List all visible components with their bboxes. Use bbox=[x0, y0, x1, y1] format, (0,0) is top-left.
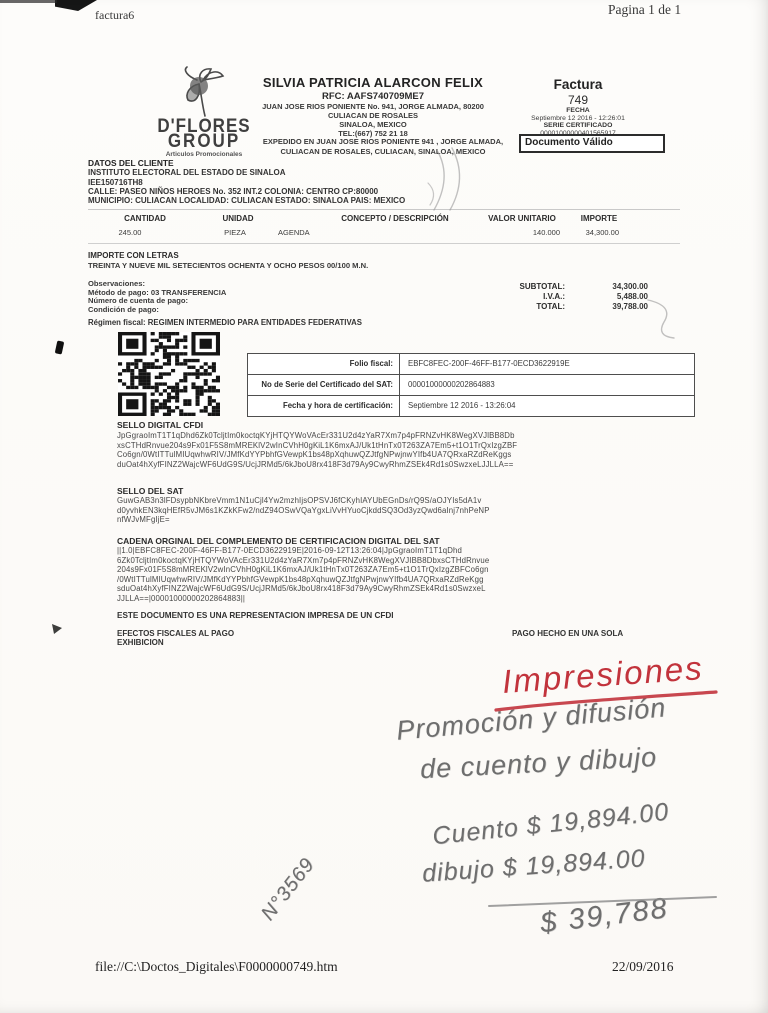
scan-artifact-strip bbox=[0, 0, 57, 3]
amount-words-title: IMPORTE CON LETRAS bbox=[88, 251, 179, 260]
iva-label: I.V.A.: bbox=[450, 292, 565, 302]
sello-sat-line: nfWJvMFgIjE= bbox=[117, 515, 517, 525]
items-header-importe: IMPORTE bbox=[570, 214, 628, 223]
items-header-cantidad: CANTIDAD bbox=[100, 214, 190, 223]
sello-sat-title: SELLO DEL SAT bbox=[117, 486, 183, 496]
sello-cfdi-line: xsCTHdRnvue204s9Fx01F5S8mMREKlV2wInCVhH0… bbox=[117, 441, 517, 451]
folio-fiscal-label: Folio fiscal: bbox=[248, 354, 400, 374]
scan-artifact-mark bbox=[55, 340, 65, 354]
cadena-line: 6Zk0TcljtIm0koctqKYjHTQYWoVAcEr331U2d4zY… bbox=[117, 556, 517, 566]
totals-labels: SUBTOTAL: I.V.A.: TOTAL: bbox=[450, 282, 565, 312]
sello-sat-text: GuwGAB3n3lFDsypbNKbreVmm1N1uCjl4Yw2mzhIj… bbox=[117, 496, 517, 525]
items-table-rule bbox=[88, 243, 680, 244]
sello-cfdi-line: duOat4hXyfFINZ2WajcWF6UdG9S/UcjJRMd5/6kJ… bbox=[117, 460, 517, 470]
pago-hecho-note: PAGO HECHO EN UNA SOLA bbox=[512, 629, 623, 638]
item-cantidad: 245.00 bbox=[100, 228, 160, 237]
cadena-line: /0WtITTulMIUqwhwRIV/JMfKdYYPbhfGVewpK1bs… bbox=[117, 575, 517, 585]
invoice-number: 749 bbox=[503, 93, 653, 107]
documento-valido-label: Documento Válido bbox=[521, 136, 663, 148]
sello-cfdi-line: Co6gn/0WtITTulMIUqwhwRIV/JMfKdYYPbhfGVew… bbox=[117, 450, 517, 460]
expedido-line: CULIACAN DE ROSALES, CULIACAN, SINALOA, … bbox=[218, 147, 548, 157]
client-address: CALLE: PASEO NIÑOS HEROES No. 352 INT.2 … bbox=[88, 187, 558, 196]
handwritten-amount: dibujo $ 19,894.00 bbox=[421, 844, 646, 889]
cadena-line: ||1.0|EBFC8FEC-200F-46FF-B177-0ECD362291… bbox=[117, 546, 517, 556]
handwritten-note-line: de cuento y dibujo bbox=[419, 742, 657, 785]
cadena-line: 204s9Fx01F5S8mMREKlV2wInCVhH0gKiL1K6mxAJ… bbox=[117, 565, 517, 575]
subtotal-label: SUBTOTAL: bbox=[450, 282, 565, 292]
invoice-date: Septiembre 12 2016 - 12:26:01 bbox=[503, 115, 653, 123]
issuer-rfc: RFC: AAFS740709ME7 bbox=[208, 91, 538, 102]
totals-values: 34,300.00 5,488.00 39,788.00 bbox=[568, 282, 648, 312]
efectos-fiscales-line: EFECTOS FISCALES AL PAGO bbox=[117, 629, 234, 638]
folio-fiscal-value: EBFC8FEC-200F-46FF-B177-0ECD3622919E bbox=[400, 354, 694, 374]
sello-cfdi-text: JpGgraoImT1T1qDhd6Zk0TcljtIm0koctqKYjHTQ… bbox=[117, 431, 517, 469]
subtotal-value: 34,300.00 bbox=[568, 282, 648, 292]
footer-file-path: file://C:\Doctos_Digitales\F0000000749.h… bbox=[95, 959, 338, 975]
sello-sat-line: d0yvhkEN3kqHEfR5vJM6s1KZkKFw2/ndZ94OSwVQ… bbox=[117, 506, 517, 516]
handwritten-note-line: Promoción y difusión bbox=[395, 692, 667, 746]
cadena-text: ||1.0|EBFC8FEC-200F-46FF-B177-0ECD362291… bbox=[117, 546, 517, 604]
handwritten-title: Impresiones bbox=[501, 649, 705, 701]
issuer-block: SILVIA PATRICIA ALARCON FELIX RFC: AAFS7… bbox=[208, 75, 538, 138]
footer-date: 22/09/2016 bbox=[612, 959, 674, 975]
scan-artifact-mark bbox=[52, 624, 62, 634]
fecha-certificacion-label: Fecha y hora de certificación: bbox=[248, 396, 400, 416]
sello-cfdi-line: JpGgraoImT1T1qDhd6Zk0TcljtIm0koctqKYjHTQ… bbox=[117, 431, 517, 441]
scan-artifact-wedge bbox=[55, 0, 97, 11]
total-label: TOTAL: bbox=[450, 302, 565, 312]
handwritten-amount: Cuento $ 19,894.00 bbox=[431, 798, 670, 852]
items-header-concepto: CONCEPTO / DESCRIPCIÓN bbox=[300, 214, 490, 223]
cfdi-representation-note: ESTE DOCUMENTO ES UNA REPRESENTACION IMP… bbox=[117, 611, 394, 620]
client-rfc: IEE150716TH8 bbox=[88, 178, 558, 187]
regimen-fiscal: Régimen fiscal: REGIMEN INTERMEDIO PARA … bbox=[88, 318, 362, 327]
amount-words-text: TREINTA Y NUEVE MIL SETECIENTOS OCHENTA … bbox=[88, 261, 368, 270]
issuer-address-line: CULIACAN DE ROSALES bbox=[208, 111, 538, 120]
condicion-pago: Condición de pago: bbox=[88, 306, 226, 315]
items-header-unidad: UNIDAD bbox=[198, 214, 278, 223]
item-unidad: PIEZA bbox=[205, 228, 265, 237]
invoice-header-box: Factura 749 FECHA Septiembre 12 2016 - 1… bbox=[503, 77, 653, 137]
issuer-address-line: JUAN JOSE RIOS PONIENTE No. 941, JORGE A… bbox=[208, 102, 538, 111]
client-section-title: DATOS DEL CLIENTE bbox=[88, 159, 558, 168]
expedido-block: EXPEDIDO EN JUAN JOSE RIOS PONIENTE 941 … bbox=[218, 137, 548, 156]
scanned-invoice-page: factura6 Pagina 1 de 1 D'FLORES GROUP Ar… bbox=[0, 0, 768, 1013]
issuer-name: SILVIA PATRICIA ALARCON FELIX bbox=[208, 75, 538, 90]
expedido-line: EXPEDIDO EN JUAN JOSE RIOS PONIENTE 941 … bbox=[218, 137, 548, 147]
iva-value: 5,488.00 bbox=[568, 292, 648, 302]
items-header-valor-unitario: VALOR UNITARIO bbox=[478, 214, 566, 223]
qr-code bbox=[118, 332, 220, 416]
invoice-title: Factura bbox=[503, 77, 653, 92]
client-location: MUNICIPIO: CULIACAN LOCALIDAD: CULIACAN … bbox=[88, 196, 558, 205]
invoice-date-label: FECHA bbox=[503, 107, 653, 115]
efectos-fiscales-block: EFECTOS FISCALES AL PAGO EXHIBICION bbox=[117, 629, 234, 648]
cadena-title: CADENA ORGINAL DEL COMPLEMENTO DE CERTIF… bbox=[117, 536, 440, 546]
item-concepto: AGENDA bbox=[278, 228, 388, 237]
item-importe: 34,300.00 bbox=[545, 228, 619, 237]
documento-valido-badge: Documento Válido bbox=[519, 134, 665, 153]
invoice-serie-label: SERIE CERTIFICADO bbox=[503, 122, 653, 130]
cadena-line: JJLLA==|00001000000202864883|| bbox=[117, 594, 517, 604]
sello-cfdi-title: SELLO DIGITAL CFDI bbox=[117, 420, 203, 430]
fecha-certificacion-value: Septiembre 12 2016 - 13:26:04 bbox=[400, 396, 694, 416]
print-header-filename: factura6 bbox=[95, 8, 134, 23]
handwritten-total: $ 39,788 bbox=[538, 892, 670, 940]
total-value: 39,788.00 bbox=[568, 302, 648, 312]
table-row: Folio fiscal: EBFC8FEC-200F-46FF-B177-0E… bbox=[248, 354, 694, 375]
certification-table: Folio fiscal: EBFC8FEC-200F-46FF-B177-0E… bbox=[247, 353, 695, 417]
client-block: DATOS DEL CLIENTE INSTITUTO ELECTORAL DE… bbox=[88, 159, 558, 205]
issuer-address-line: SINALOA, MEXICO bbox=[208, 120, 538, 129]
items-table-rule bbox=[88, 209, 680, 210]
table-row: No de Serie del Certificado del SAT: 000… bbox=[248, 375, 694, 396]
no-serie-sat-value: 00001000000202864883 bbox=[400, 375, 694, 395]
cadena-line: sduOat4hXyfFINZ2WajcWF6UdG9S/UcjJRMd5/6k… bbox=[117, 584, 517, 594]
payment-block: Observaciones: Método de pago: 03 TRANSF… bbox=[88, 280, 226, 314]
no-serie-sat-label: No de Serie del Certificado del SAT: bbox=[248, 375, 400, 395]
client-name: INSTITUTO ELECTORAL DEL ESTADO DE SINALO… bbox=[88, 168, 558, 177]
efectos-fiscales-line: EXHIBICION bbox=[117, 638, 234, 647]
sello-sat-line: GuwGAB3n3lFDsypbNKbreVmm1N1uCjl4Yw2mzhIj… bbox=[117, 496, 517, 506]
pencil-flourish bbox=[648, 300, 674, 338]
print-header-pagenumber: Pagina 1 de 1 bbox=[608, 2, 681, 18]
handwritten-note-number: N°3569 bbox=[257, 854, 320, 926]
table-row: Fecha y hora de certificación: Septiembr… bbox=[248, 396, 694, 416]
